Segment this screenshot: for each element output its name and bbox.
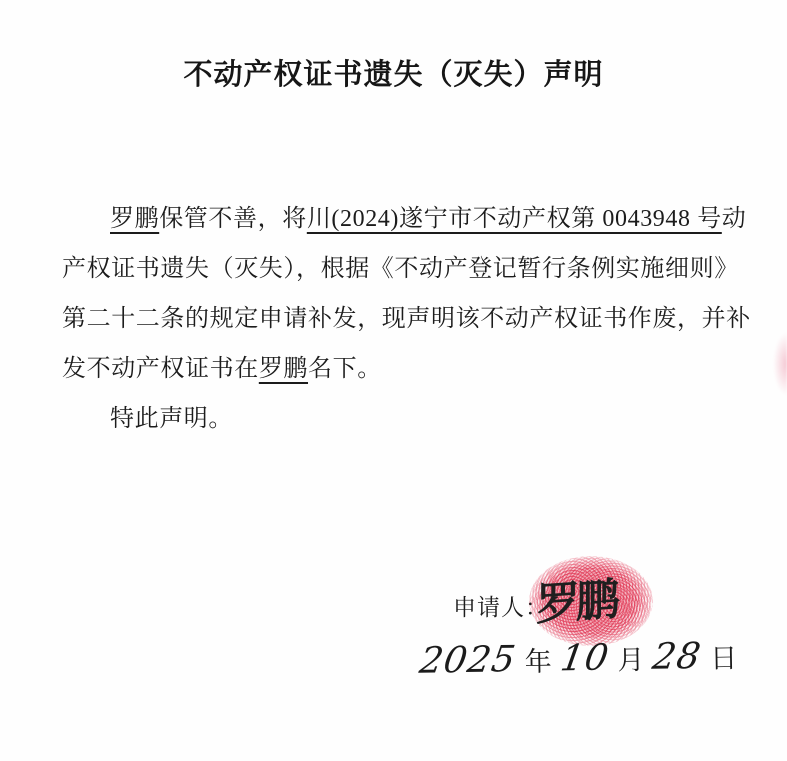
certificate-number-underlined: 川(2024)遂宁市不动产权第 0043948 号 (307, 206, 722, 232)
body-text: 发不动产权证书在 (62, 356, 259, 382)
date-year-unit: 年 (519, 639, 557, 679)
body-line-1: 罗鹏保管不善，将川(2024)遂宁市不动产权第 0043948 号动 (62, 194, 734, 244)
document-body: 罗鹏保管不善，将川(2024)遂宁市不动产权第 0043948 号动 产权证书遗… (62, 194, 734, 444)
body-line-2: 产权证书遗失（灭失），根据《不动产登记暂行条例实施细则》 (62, 244, 734, 294)
date-year: 2025 (413, 639, 523, 682)
holder-name-underlined: 罗鹏 (110, 206, 159, 232)
handwritten-signature: 罗鹏 (536, 563, 616, 633)
body-text: 名下。 (308, 356, 382, 382)
scan-edge-smudge (773, 332, 787, 396)
body-text: 动 (722, 206, 747, 232)
date-month: 10 (553, 637, 615, 679)
body-line-3: 第二十二条的规定申请补发，现声明该不动产权证书作废，并补 (62, 294, 734, 344)
date-day: 28 (646, 636, 708, 678)
handwritten-date: 2025 年 10 月 28 日 (416, 635, 743, 682)
body-line-closing: 特此声明。 (62, 394, 734, 444)
document-title: 不动产权证书遗失（灭失）声明 (0, 52, 787, 93)
body-line-4: 发不动产权证书在罗鹏名下。 (62, 344, 734, 394)
document-page: 不动产权证书遗失（灭失）声明 罗鹏保管不善，将川(2024)遂宁市不动产权第 0… (0, 0, 787, 761)
body-text: 保管不善，将 (159, 206, 307, 232)
date-day-unit: 日 (705, 636, 743, 676)
date-month-unit: 月 (612, 638, 650, 678)
holder-name-underlined: 罗鹏 (259, 356, 308, 382)
